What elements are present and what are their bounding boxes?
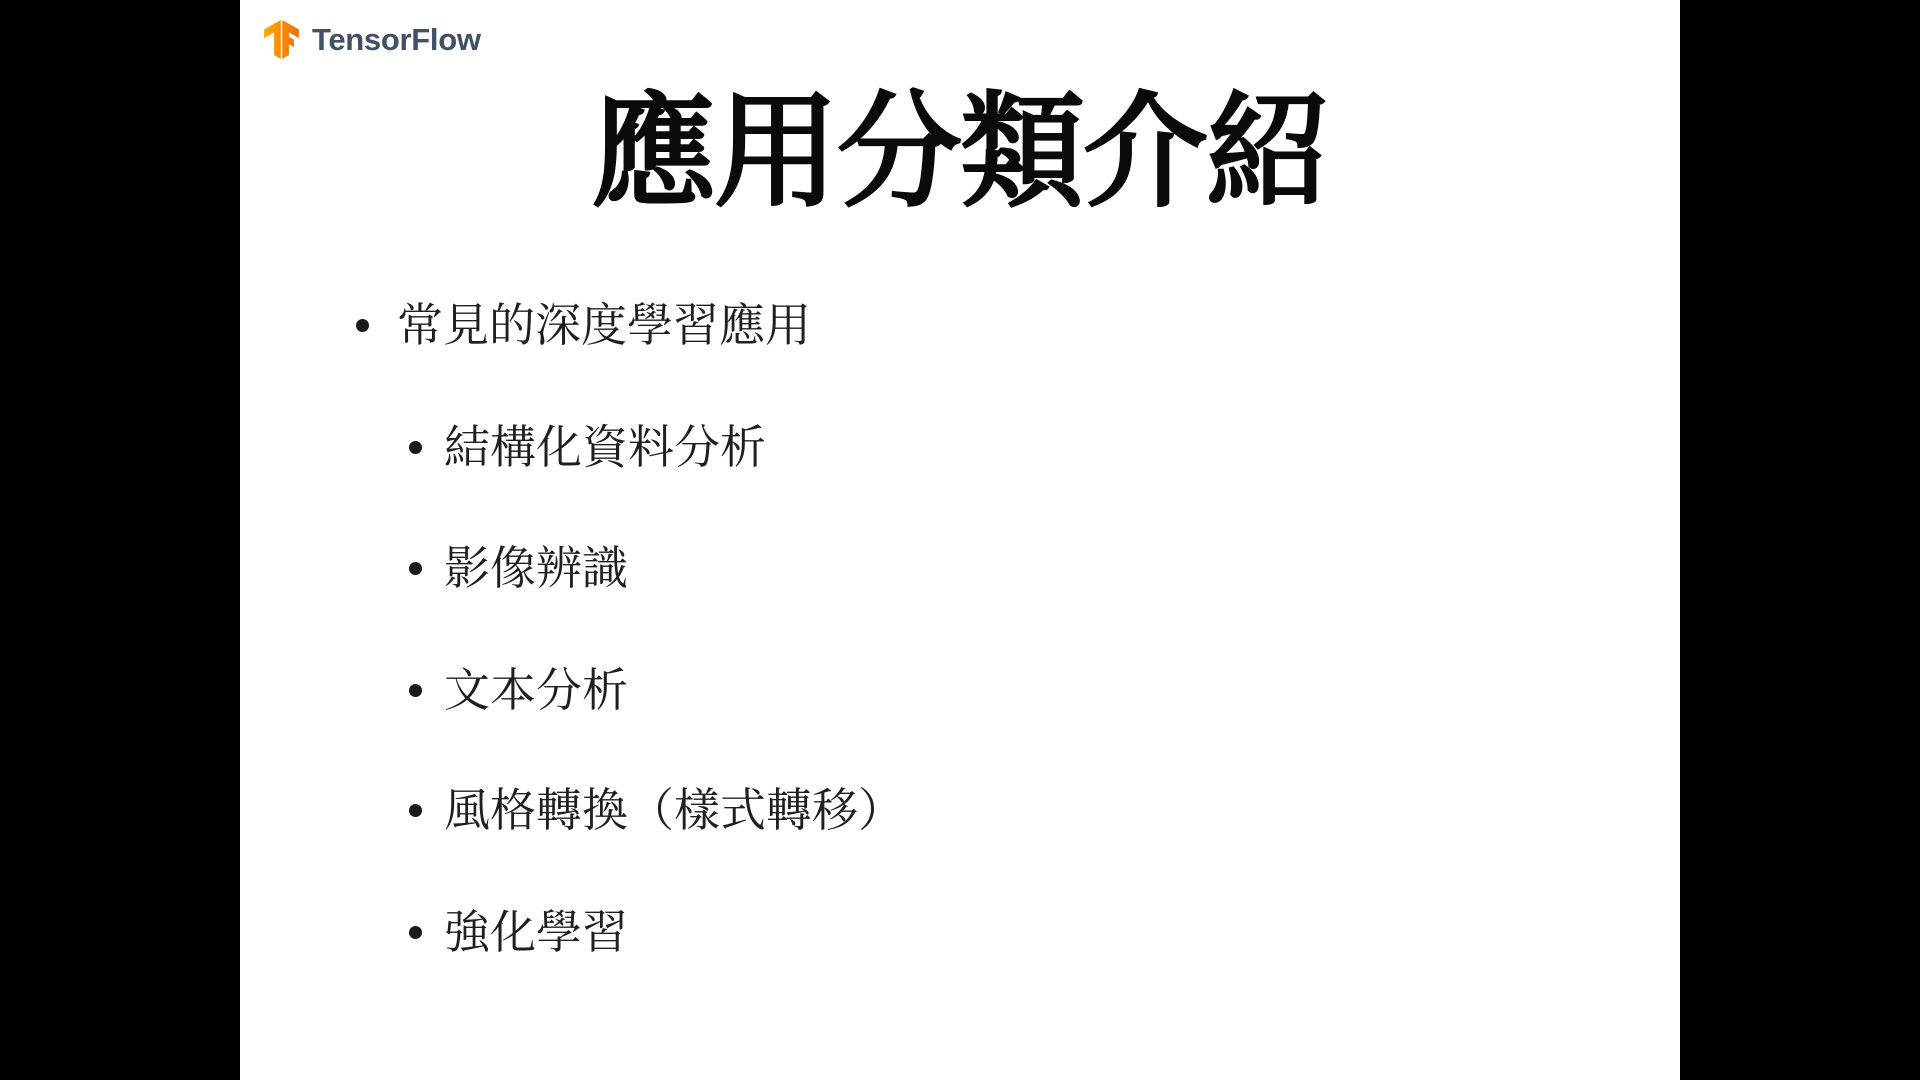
bullet-dot (409, 684, 422, 697)
bullet-item: 影像辨識 (409, 540, 628, 596)
bullet-text: 結構化資料分析 (444, 419, 766, 475)
bullet-dot (409, 926, 422, 939)
bullet-dot (409, 562, 422, 575)
bullet-dot (409, 804, 422, 817)
bullet-text: 常見的深度學習應用 (397, 297, 811, 353)
slide: TensorFlow 應用分類介紹 常見的深度學習應用 結構化資料分析 影像辨識… (240, 0, 1680, 1080)
bullet-item: 強化學習 (409, 904, 628, 960)
bullet-dot (356, 319, 369, 332)
presentation-stage: TensorFlow 應用分類介紹 常見的深度學習應用 結構化資料分析 影像辨識… (0, 0, 1920, 1080)
letterbox-left (0, 0, 240, 1080)
bullet-text: 文本分析 (444, 662, 628, 718)
slide-title: 應用分類介紹 (240, 72, 1680, 235)
bullet-item: 結構化資料分析 (409, 419, 766, 475)
bullet-text: 強化學習 (444, 904, 628, 960)
tensorflow-logo-text: TensorFlow (312, 24, 481, 55)
letterbox-right (1680, 0, 1920, 1080)
bullet-item: 常見的深度學習應用 (356, 297, 811, 353)
bullet-text: 風格轉換（樣式轉移） (444, 782, 904, 838)
tensorflow-logo-icon (262, 19, 301, 60)
bullet-item: 文本分析 (409, 662, 628, 718)
tensorflow-logo: TensorFlow (262, 19, 481, 60)
bullet-item: 風格轉換（樣式轉移） (409, 782, 904, 838)
bullet-dot (409, 441, 422, 454)
bullet-text: 影像辨識 (444, 540, 628, 596)
